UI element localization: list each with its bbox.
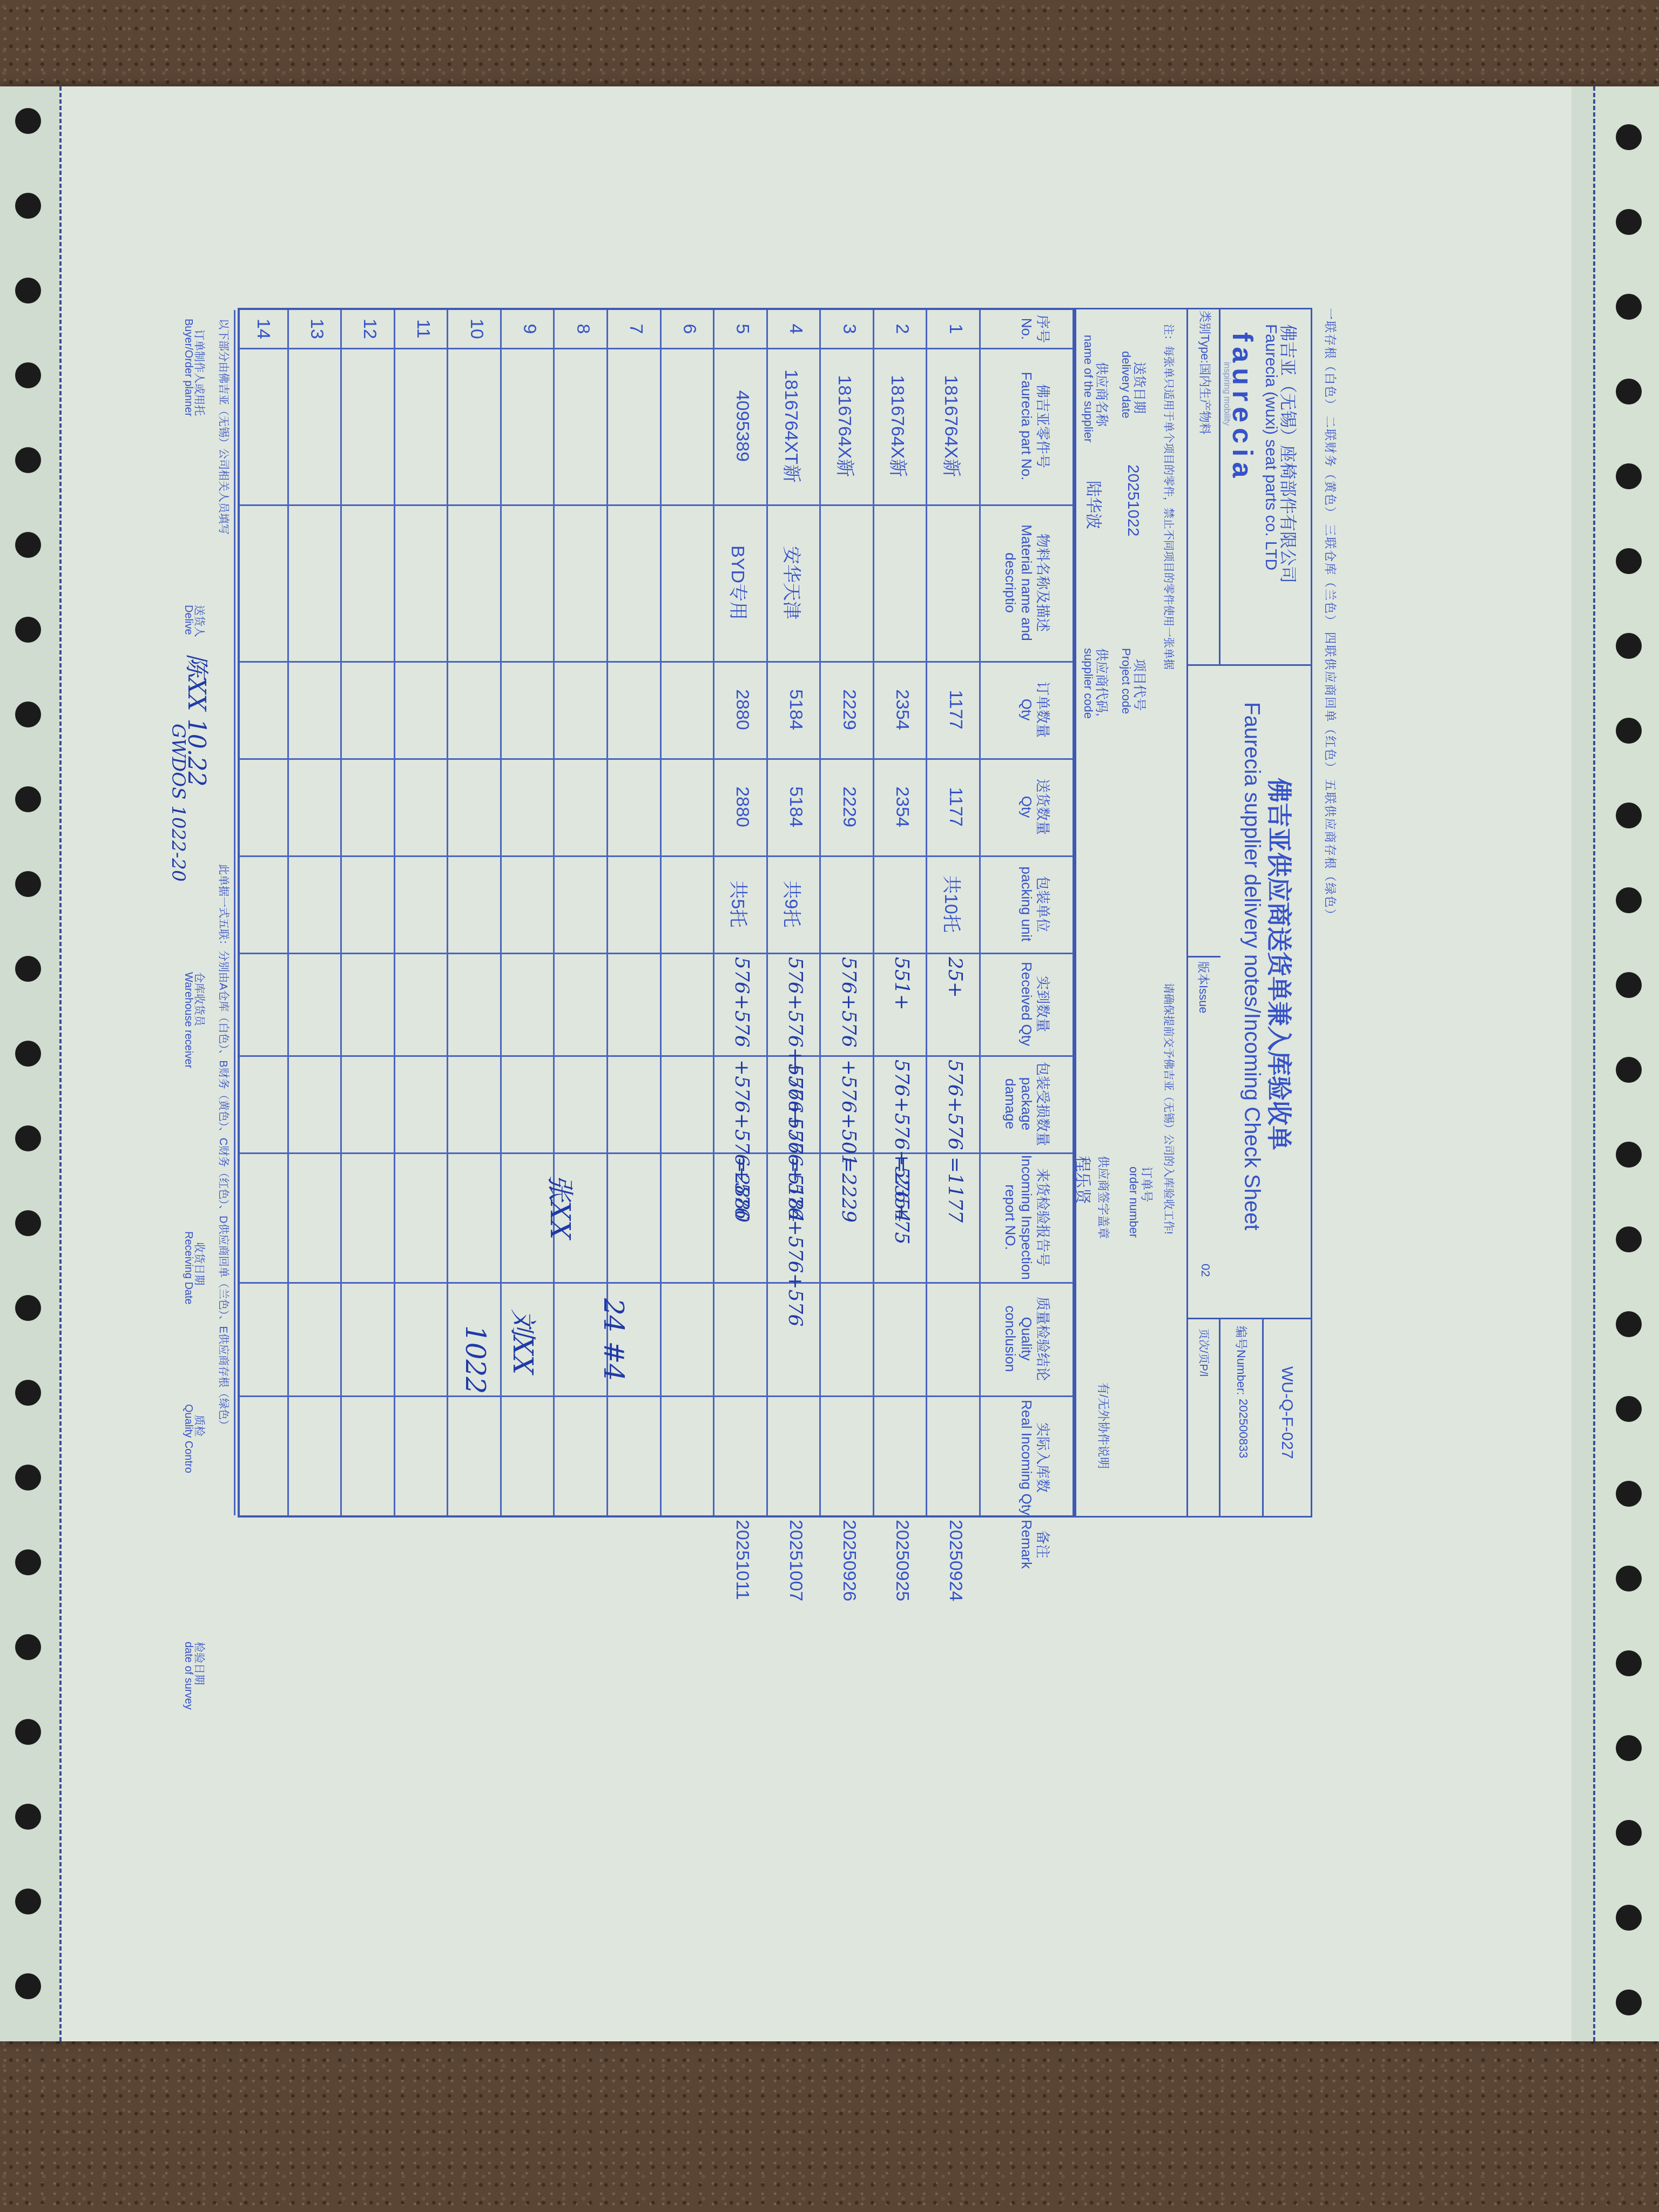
version-label: 版本Issue — [1196, 961, 1212, 1014]
table-cell-no: 11 — [413, 310, 434, 348]
type-label: 类别Type:国内生产物料 — [1197, 311, 1214, 435]
table-cell-report-hw: =2229 — [838, 1157, 860, 1223]
table-cell-no: 5 — [732, 310, 753, 348]
handwritten-receiving-sign: 刘XX — [505, 1309, 544, 1374]
number-value: 202500833 — [1236, 1399, 1250, 1458]
table-row-divider — [553, 310, 555, 1515]
table-column-divider — [240, 953, 1073, 954]
table-row-divider — [500, 310, 502, 1515]
tractor-hole — [1616, 887, 1642, 913]
header-cn: 质量检验结论 — [1035, 1282, 1051, 1395]
header-cn: 订单数量 — [1035, 661, 1051, 758]
tractor-hole — [15, 193, 41, 219]
tractor-hole — [1616, 718, 1642, 744]
planner-label-cn: 订单制作人或用托 — [192, 329, 208, 416]
note-text-2: 请确保提前交予佛吉亚（无锡）公司的入库验收工作! — [1162, 983, 1177, 1235]
table-cell-received-hw: 25+ — [944, 957, 966, 998]
form-title-en: Faurecia supplier delivery notes/Incomin… — [1239, 702, 1264, 1230]
tractor-hole — [1616, 1735, 1642, 1761]
table-cell-remark: 20250925 — [892, 1520, 913, 1601]
tractor-hole — [1616, 972, 1642, 998]
header-cn: 实际入库数 — [1035, 1395, 1051, 1520]
table-header-cell: 来货检验报告号Incoming Inspection report NO. — [1002, 1152, 1051, 1282]
warehouse-label-cn: 仓库收货员 — [192, 972, 208, 1026]
table-row-divider — [234, 310, 235, 1515]
tractor-hole — [15, 532, 41, 558]
tractor-hole — [1616, 1566, 1642, 1591]
form-code: WU-Q-F-027 — [1278, 1366, 1296, 1459]
tractor-hole — [15, 278, 41, 304]
table-cell-order-qty: 2354 — [892, 661, 913, 758]
table-row-divider — [819, 310, 821, 1515]
tractor-hole — [1616, 1905, 1642, 1931]
table-cell-packing: 共10托 — [940, 855, 966, 953]
tractor-strip-right — [1594, 86, 1659, 2041]
header-cn: 佛吉亚零件号 — [1035, 348, 1051, 504]
table-cell-order-qty: 1177 — [945, 661, 966, 758]
table-header-cell: 质量检验结论Quality conclusion — [1002, 1282, 1051, 1395]
table-cell-no: 14 — [253, 310, 274, 348]
tractor-hole — [15, 1125, 41, 1151]
tractor-hole — [15, 1634, 41, 1660]
table-cell-part: 1816764X新 — [886, 348, 913, 504]
table-header-cell: 实到数量Received Qty — [1019, 953, 1051, 1055]
table-header-cell: 备注Remark — [1019, 1520, 1051, 1569]
tractor-hole — [1616, 1226, 1642, 1252]
deliverer-label-cn: 送货人 — [192, 605, 208, 637]
table-cell-no: 13 — [306, 310, 327, 348]
table-cell-part: 1816764XT新 — [780, 348, 806, 504]
delivery-date-label-en: delivery date — [1119, 351, 1133, 419]
table-cell-no: 8 — [572, 310, 594, 348]
table-cell-received-hw: 576+576 — [731, 957, 753, 1048]
company-name-en: Faurecia (wuxi) seat parts co. LTD — [1262, 324, 1280, 570]
project-code-label-cn: 项目代号 — [1131, 659, 1150, 711]
tractor-hole — [1616, 1990, 1642, 2015]
header-cn: 实到数量 — [1035, 953, 1051, 1055]
table-cell-no: 2 — [892, 310, 913, 348]
table-row-divider — [766, 310, 768, 1515]
table-cell-received-hw: 551+ — [891, 957, 913, 1010]
table-cell-received-hw: 576+576 — [838, 957, 860, 1048]
header-cn: 包装受损数量 — [1035, 1055, 1051, 1152]
header-cn: 来货检验报告号 — [1035, 1152, 1051, 1282]
header-en: package damage — [1002, 1055, 1035, 1152]
table-cell-no: 4 — [785, 310, 806, 348]
table-cell-remark: 20250926 — [839, 1520, 860, 1601]
table-header-cell: 物料名称及描述Material name and descriptio — [1002, 504, 1051, 661]
table-cell-no: 10 — [466, 310, 487, 348]
tractor-hole — [15, 1041, 41, 1067]
note-text: 注：每张单只适用于单个项目的零件，禁止不同项目的零件使用一张单据 — [1162, 324, 1177, 670]
table-cell-qty: 5184 — [785, 758, 806, 855]
tractor-hole — [15, 1465, 41, 1491]
table-cell-part: 1816764X新 — [940, 348, 966, 504]
table-cell-damage-hw: +576+501 — [838, 1060, 860, 1166]
tractor-hole — [1616, 1057, 1642, 1083]
tractor-hole — [1616, 379, 1642, 404]
order-number-label-cn: 订单号 — [1139, 1166, 1156, 1202]
table-cell-remark: 20251011 — [732, 1520, 753, 1600]
header-en: Received Qty — [1019, 953, 1035, 1055]
version-value: 02 — [1198, 1264, 1212, 1277]
tractor-hole — [15, 447, 41, 473]
tractor-hole — [15, 1719, 41, 1745]
tractor-hole — [1616, 1481, 1642, 1507]
table-cell-no: 12 — [359, 310, 380, 348]
tractor-hole — [1616, 463, 1642, 489]
quality-label-en: Quality Contro — [182, 1404, 194, 1473]
table-cell-qty: 2880 — [732, 758, 753, 855]
table-row-divider — [287, 310, 289, 1515]
table-row-divider — [340, 310, 342, 1515]
tractor-hole — [15, 1973, 41, 1999]
project-code-label-en: Project code — [1119, 648, 1133, 714]
tractor-hole — [15, 1210, 41, 1236]
header-en: Remark — [1019, 1520, 1035, 1569]
table-column-divider — [240, 1282, 1073, 1284]
tractor-hole — [15, 702, 41, 727]
table-column-divider — [240, 1395, 1073, 1397]
items-table: 序号No.佛吉亚零件号Faurecia part No.物料名称及描述Mater… — [238, 308, 1075, 1518]
supplier-name-value: 陆华波 — [1083, 481, 1107, 529]
deliverer-label-en: Delive — [182, 605, 194, 635]
supplier-code-label-cn: 供应商代码, — [1094, 648, 1112, 717]
supplier-name-label-en: name of the supplier — [1081, 335, 1095, 442]
handwritten-receiving-date: 1022 — [460, 1325, 491, 1394]
tractor-hole — [1616, 294, 1642, 320]
table-row-divider — [926, 310, 927, 1515]
tractor-hole — [1616, 548, 1642, 574]
tractor-hole — [1616, 1142, 1642, 1168]
table-header-cell: 订单数量Qty — [1019, 661, 1051, 758]
table-row-divider — [713, 310, 714, 1515]
table-column-divider — [240, 504, 1073, 506]
tractor-hole — [1616, 1311, 1642, 1337]
table-cell-packing: 共9托 — [780, 855, 806, 953]
header-en: Qty — [1019, 758, 1035, 855]
number-label: 编号Number: — [1233, 1326, 1250, 1395]
distribution-note: 此单据一式五联：分别由A仓库（白色）、B财务（黄色）、C财务（红色）、D供应商回… — [217, 864, 232, 1431]
table-cell-no: 1 — [945, 310, 966, 348]
pkg-note: 有/无外协件说明 — [1096, 1382, 1112, 1469]
table-header-cell: 包装受损数量package damage — [1002, 1055, 1051, 1152]
tractor-hole — [15, 1295, 41, 1321]
header-en: Real Incoming Qty — [1019, 1395, 1035, 1520]
supplier-sign-label: 供应商签字盖章 — [1096, 1156, 1112, 1239]
tractor-hole — [1616, 124, 1642, 150]
table-cell-damage-hw: 576+576 — [944, 1060, 966, 1150]
tractor-hole — [15, 617, 41, 643]
tractor-hole — [1616, 1820, 1642, 1846]
header-en: Qty — [1019, 661, 1035, 758]
tractor-hole — [15, 1804, 41, 1830]
table-cell-remark: 20251007 — [785, 1520, 806, 1601]
header-cn: 包装单位 — [1035, 855, 1051, 953]
tractor-hole — [15, 786, 41, 812]
table-cell-packing: 共5托 — [726, 855, 753, 953]
perforation-left — [59, 86, 62, 2041]
table-cell-material: 安华天津 — [780, 504, 806, 661]
table-cell-qty: 1177 — [945, 758, 966, 855]
table-header-cell: 送货数量Qty — [1019, 758, 1051, 855]
quality-label-cn: 质检 — [192, 1415, 208, 1437]
tractor-hole — [1616, 1396, 1642, 1422]
header-cn: 序号 — [1035, 310, 1051, 348]
handwritten-real-incoming-sign: 24 #4 — [598, 1298, 629, 1381]
delivery-date-value: 20251022 — [1124, 464, 1142, 536]
copy-color-bar: 一联存根（白色） 二联财务（黄色） 三联仓库（兰色） 四联供应商回单（红色） 五… — [1323, 308, 1339, 921]
table-cell-qty: 2354 — [892, 758, 913, 855]
rotated-form: 一联存根（白色） 二联财务（黄色） 三联仓库（兰色） 四联供应商回单（红色） 五… — [200, 238, 1328, 2020]
table-cell-order-qty: 2229 — [839, 661, 860, 758]
warehouse-label-en: Warehouse receiver — [182, 972, 194, 1068]
tractor-hole — [15, 956, 41, 982]
table-row-divider — [873, 310, 874, 1515]
table-header-cell: 实际入库数Real Incoming Qty — [1019, 1395, 1051, 1520]
handwritten-quality-sign: 张XX — [543, 1174, 582, 1239]
header-cn: 送货数量 — [1035, 758, 1051, 855]
tractor-hole — [15, 871, 41, 897]
table-row-divider — [394, 310, 395, 1515]
header-en: Incoming Inspection report NO. — [1002, 1152, 1035, 1282]
table-cell-report-hw: =2880 — [731, 1157, 753, 1223]
survey-label-en: date of survey — [182, 1642, 194, 1710]
table-cell-material: BYD专用 — [726, 504, 753, 661]
header-en: Quality conclusion — [1002, 1282, 1035, 1395]
tractor-hole — [1616, 1650, 1642, 1676]
header-en: packing unit — [1019, 855, 1035, 953]
page-label: 页次/页P/l — [1197, 1328, 1212, 1377]
perforation-right — [1593, 86, 1595, 2041]
tractor-strip-left — [0, 86, 59, 2041]
tractor-hole — [15, 108, 41, 134]
tractor-hole — [15, 362, 41, 388]
table-cell-no: 3 — [839, 310, 860, 348]
header-en: Material name and descriptio — [1002, 504, 1035, 661]
table-cell-no: 6 — [679, 310, 700, 348]
tractor-hole — [15, 1549, 41, 1575]
tractor-hole — [1616, 209, 1642, 235]
deliverer-plate: GWDOS 1022-20 — [167, 724, 189, 882]
header-cn: 备注 — [1035, 1520, 1051, 1569]
header-en: Faurecia part No. — [1019, 348, 1035, 504]
table-cell-report-hw: =2354 — [891, 1157, 913, 1223]
table-cell-order-qty: 5184 — [785, 661, 806, 758]
delivery-date-label-cn: 送货日期 — [1131, 362, 1150, 414]
table-cell-report-hw: =5184 — [784, 1157, 806, 1223]
planner-note: 以下部分由佛吉亚（无锡）公司相关人员填写 — [217, 319, 232, 535]
table-cell-part: 1816764X新 — [833, 348, 860, 504]
table-header-cell: 序号No. — [1019, 310, 1051, 348]
table-row-divider — [979, 310, 981, 1515]
company-name-cn: 佛吉亚（无锡）座椅部件有限公司 — [1277, 324, 1301, 583]
form-title-cn: 佛吉亚供应商送货单兼入库验收单 — [1263, 778, 1299, 1150]
tractor-hole — [1616, 633, 1642, 659]
tractor-hole — [15, 1380, 41, 1406]
table-cell-qty: 2229 — [839, 758, 860, 855]
supplier-code-label-en: supplier code — [1081, 648, 1095, 719]
table-row-divider — [447, 310, 448, 1515]
logo-tagline: inspiring mobility — [1222, 362, 1231, 426]
table-header-cell: 包装单位packing unit — [1019, 855, 1051, 953]
header-en: No. — [1019, 310, 1035, 348]
table-cell-report-hw: =1177 — [944, 1157, 966, 1223]
survey-label-cn: 检验日期 — [192, 1642, 208, 1685]
table-cell-remark: 20250924 — [945, 1520, 966, 1601]
header-cn: 物料名称及描述 — [1035, 504, 1051, 661]
table-column-divider — [240, 1152, 1073, 1154]
planner-label-en: Buyer/Order planner — [182, 319, 194, 416]
table-cell-part: 4095389 — [732, 348, 753, 504]
table-header-cell: 佛吉亚零件号Faurecia part No. — [1019, 348, 1051, 504]
tractor-hole — [1616, 802, 1642, 828]
table-row-divider — [660, 310, 662, 1515]
table-cell-order-qty: 2880 — [732, 661, 753, 758]
supplier-name-label-cn: 供应商名称 — [1094, 362, 1112, 427]
table-cell-no: 7 — [625, 310, 646, 348]
receiving-date-label-cn: 收货日期 — [192, 1242, 208, 1285]
receiving-date-label-en: Receiving Date — [182, 1231, 194, 1305]
table-column-divider — [240, 1055, 1073, 1057]
tractor-hole — [15, 1889, 41, 1914]
delivery-check-sheet: 一联存根（白色） 二联财务（黄色） 三联仓库（兰色） 四联供应商回单（红色） 五… — [200, 238, 1328, 2020]
table-cell-no: 9 — [519, 310, 540, 348]
order-number-label-en: order number — [1127, 1166, 1141, 1238]
supplier-sign-value: 程乐贤 — [1073, 1156, 1096, 1204]
